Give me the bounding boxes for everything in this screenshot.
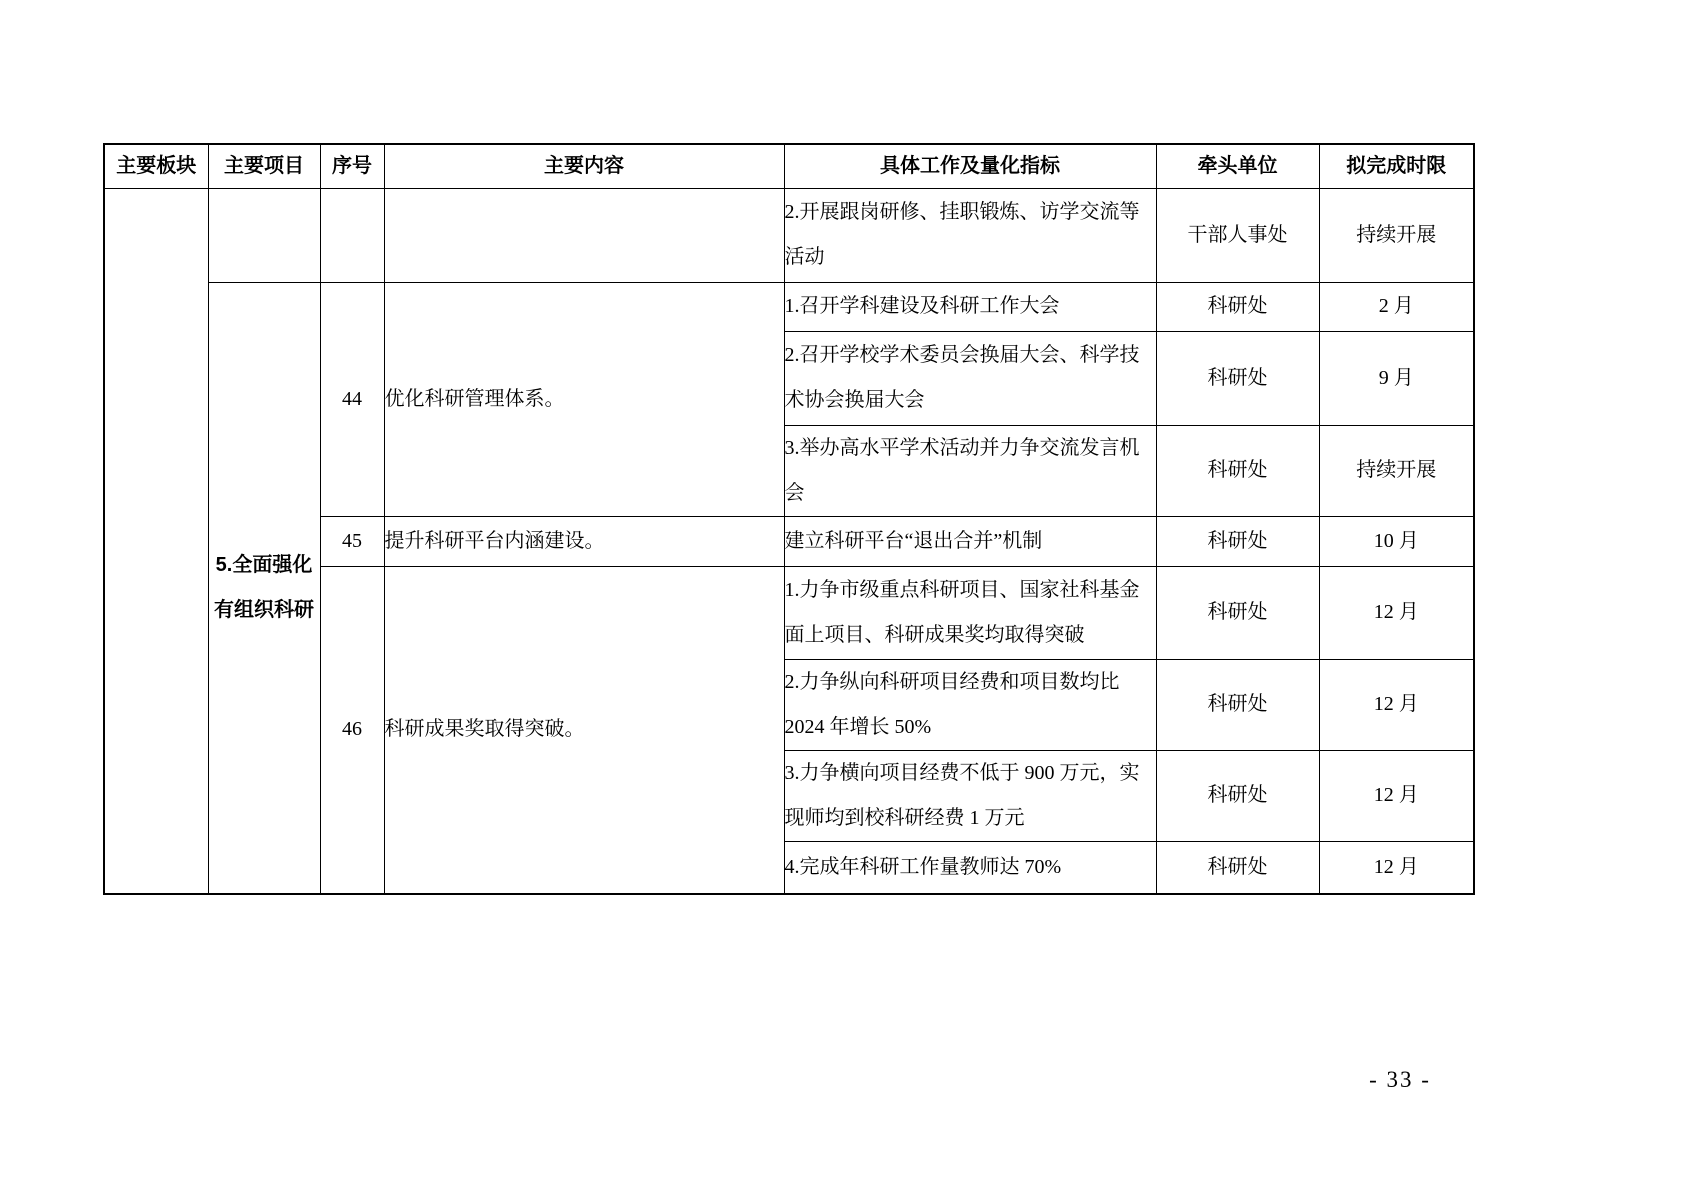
header-row: 主要板块 主要项目 序号 主要内容 具体工作及量化指标 牵头单位 拟完成时限 — [104, 144, 1474, 188]
main-block-cell — [104, 188, 208, 894]
column-header-main-project: 主要项目 — [208, 144, 320, 188]
seq-cell: 44 — [320, 282, 384, 516]
deadline-cell: 2 月 — [1319, 282, 1474, 331]
column-header-work-indicators: 具体工作及量化指标 — [784, 144, 1156, 188]
page-number: - 33 - — [1325, 1067, 1475, 1093]
deadline-cell: 12 月 — [1319, 566, 1474, 659]
work-item-cell: 3.举办高水平学术活动并力争交流发言机会 — [784, 425, 1156, 516]
lead-unit-cell: 科研处 — [1156, 659, 1319, 750]
lead-unit-cell: 科研处 — [1156, 841, 1319, 894]
deadline-cell: 12 月 — [1319, 750, 1474, 841]
deadline-cell: 持续开展 — [1319, 188, 1474, 282]
content-placeholder-cell — [384, 188, 784, 282]
work-item-cell: 2.召开学校学术委员会换届大会、科学技术协会换届大会 — [784, 331, 1156, 425]
content-cell: 科研成果奖取得突破。 — [384, 566, 784, 894]
deadline-cell: 12 月 — [1319, 659, 1474, 750]
lead-unit-cell: 科研处 — [1156, 425, 1319, 516]
seq-placeholder-cell — [320, 188, 384, 282]
work-item-cell: 2.力争纵向科研项目经费和项目数均比 2024 年增长 50% — [784, 659, 1156, 750]
work-item-cell: 2.开展跟岗研修、挂职锻炼、访学交流等活动 — [784, 188, 1156, 282]
deadline-cell: 9 月 — [1319, 331, 1474, 425]
seq-cell: 45 — [320, 516, 384, 566]
lead-unit-cell: 科研处 — [1156, 516, 1319, 566]
column-header-main-block: 主要板块 — [104, 144, 208, 188]
deadline-cell: 持续开展 — [1319, 425, 1474, 516]
lead-unit-cell: 干部人事处 — [1156, 188, 1319, 282]
content-cell: 优化科研管理体系。 — [384, 282, 784, 516]
lead-unit-cell: 科研处 — [1156, 750, 1319, 841]
work-item-cell: 建立科研平台“退出合并”机制 — [784, 516, 1156, 566]
column-header-main-content: 主要内容 — [384, 144, 784, 188]
column-header-seq: 序号 — [320, 144, 384, 188]
column-header-deadline: 拟完成时限 — [1319, 144, 1474, 188]
column-header-lead-unit: 牵头单位 — [1156, 144, 1319, 188]
lead-unit-cell: 科研处 — [1156, 566, 1319, 659]
project-cell: 5.全面强化有组织科研 — [208, 282, 320, 894]
deadline-cell: 12 月 — [1319, 841, 1474, 894]
project-placeholder-cell — [208, 188, 320, 282]
document-page: 主要板块 主要项目 序号 主要内容 具体工作及量化指标 牵头单位 拟完成时限 2… — [0, 0, 1684, 1191]
work-item-cell: 4.完成年科研工作量教师达 70% — [784, 841, 1156, 894]
work-item-cell: 1.力争市级重点科研项目、国家社科基金面上项目、科研成果奖均取得突破 — [784, 566, 1156, 659]
seq-cell: 46 — [320, 566, 384, 894]
lead-unit-cell: 科研处 — [1156, 282, 1319, 331]
work-plan-table: 主要板块 主要项目 序号 主要内容 具体工作及量化指标 牵头单位 拟完成时限 2… — [103, 143, 1475, 895]
content-cell: 提升科研平台内涵建设。 — [384, 516, 784, 566]
lead-unit-cell: 科研处 — [1156, 331, 1319, 425]
work-item-cell: 3.力争横向项目经费不低于 900 万元，实现师均到校科研经费 1 万元 — [784, 750, 1156, 841]
work-item-cell: 1.召开学科建设及科研工作大会 — [784, 282, 1156, 331]
deadline-cell: 10 月 — [1319, 516, 1474, 566]
table-row: 2.开展跟岗研修、挂职锻炼、访学交流等活动 干部人事处 持续开展 — [104, 188, 1474, 282]
table-row: 5.全面强化有组织科研 44 优化科研管理体系。 1.召开学科建设及科研工作大会… — [104, 282, 1474, 331]
